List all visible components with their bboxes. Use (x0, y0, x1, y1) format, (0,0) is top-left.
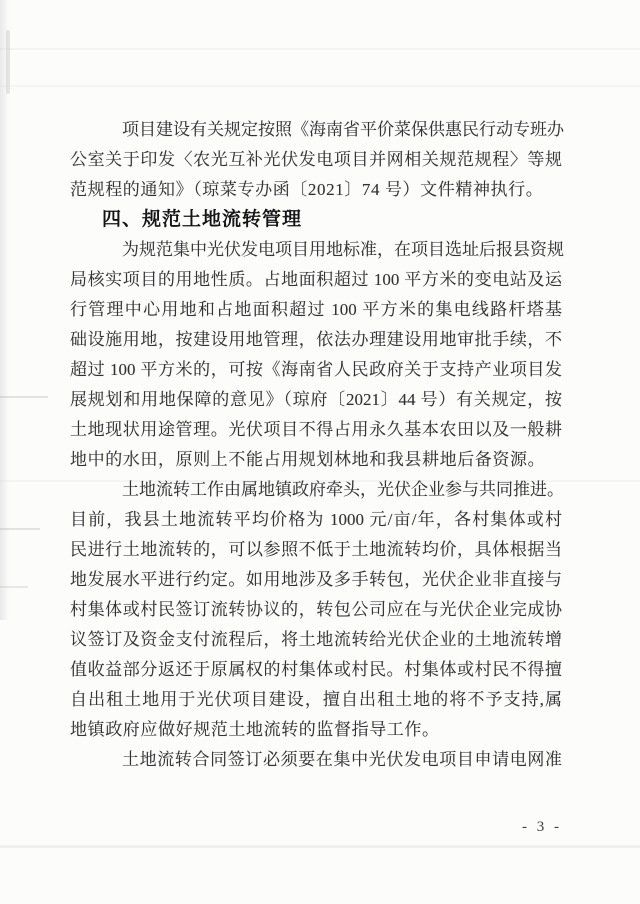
scan-artifact (0, 396, 48, 398)
section-heading: 四、规范土地流转管理 (70, 205, 562, 235)
text-line: 行管理中心用地和占地面积超过 100 平方米的集电线路杆塔基 (70, 295, 562, 325)
text-line: 项目建设有关规定按照《海南省平价菜保供惠民行动专班办 (70, 115, 562, 145)
text-line: 公室关于印发〈农光互补光伏发电项目并网相关规范规程〉等规 (70, 145, 562, 175)
text-line: 值收益部分返还于原属权的村集体或村民。村集体或村民不得擅 (70, 655, 562, 685)
text-line: 地中的水田，原则上不能占用规划林地和我县耕地后备资源。 (70, 445, 562, 475)
scan-artifact (0, 845, 640, 848)
text-line: 局核实项目的用地性质。占地面积超过 100 平方米的变电站及运 (70, 265, 562, 295)
document-text-block: 项目建设有关规定按照《海南省平价菜保供惠民行动专班办 公室关于印发〈农光互补光伏… (70, 115, 562, 775)
text-line: 土地流转合同签订必须要在集中光伏发电项目申请电网准 (70, 745, 562, 775)
scan-artifact (0, 528, 40, 530)
text-line: 议签订及资金支付流程后，将土地流转给光伏企业的土地流转增 (70, 625, 562, 655)
text-line: 村集体或村民签订流转协议的，转包公司应在与光伏企业完成协 (70, 595, 562, 625)
document-page: 项目建设有关规定按照《海南省平价菜保供惠民行动专班办 公室关于印发〈农光互补光伏… (0, 0, 640, 904)
text-line: 地镇政府应做好规范土地流转的监督指导工作。 (70, 715, 562, 745)
text-line: 础设施用地，按建设用地管理，依法办理建设用地审批手续，不 (70, 325, 562, 355)
text-line: 民进行土地流转的，可以参照不低于土地流转均价，具体根据当 (70, 535, 562, 565)
scan-artifact (0, 586, 28, 588)
text-line: 范规程的通知》（琼菜专办函〔2021〕74 号）文件精神执行。 (70, 175, 562, 205)
text-line: 土地流转工作由属地镇政府牵头，光伏企业参与共同推进。 (70, 475, 562, 505)
text-line: 展规划和用地保障的意见》（琼府〔2021〕44 号）有关规定，按 (70, 385, 562, 415)
text-line: 目前，我县土地流转平均价格为 1000 元/亩/年，各村集体或村 (70, 505, 562, 535)
text-line: 地发展水平进行约定。如用地涉及多手转包，光伏企业非直接与 (70, 565, 562, 595)
text-line: 为规范集中光伏发电项目用地标准，在项目选址后报县资规 (70, 235, 562, 265)
scan-artifact (0, 48, 640, 50)
text-line: 超过 100 平方米的，可按《海南省人民政府关于支持产业项目发 (70, 355, 562, 385)
page-number: - 3 - (522, 817, 562, 837)
scan-artifact (0, 85, 640, 87)
text-line: 自出租土地用于光伏项目建设，擅自出租土地的将不予支持,属 (70, 685, 562, 715)
text-line: 土地现状用途管理。光伏项目不得占用永久基本农田以及一般耕 (70, 415, 562, 445)
